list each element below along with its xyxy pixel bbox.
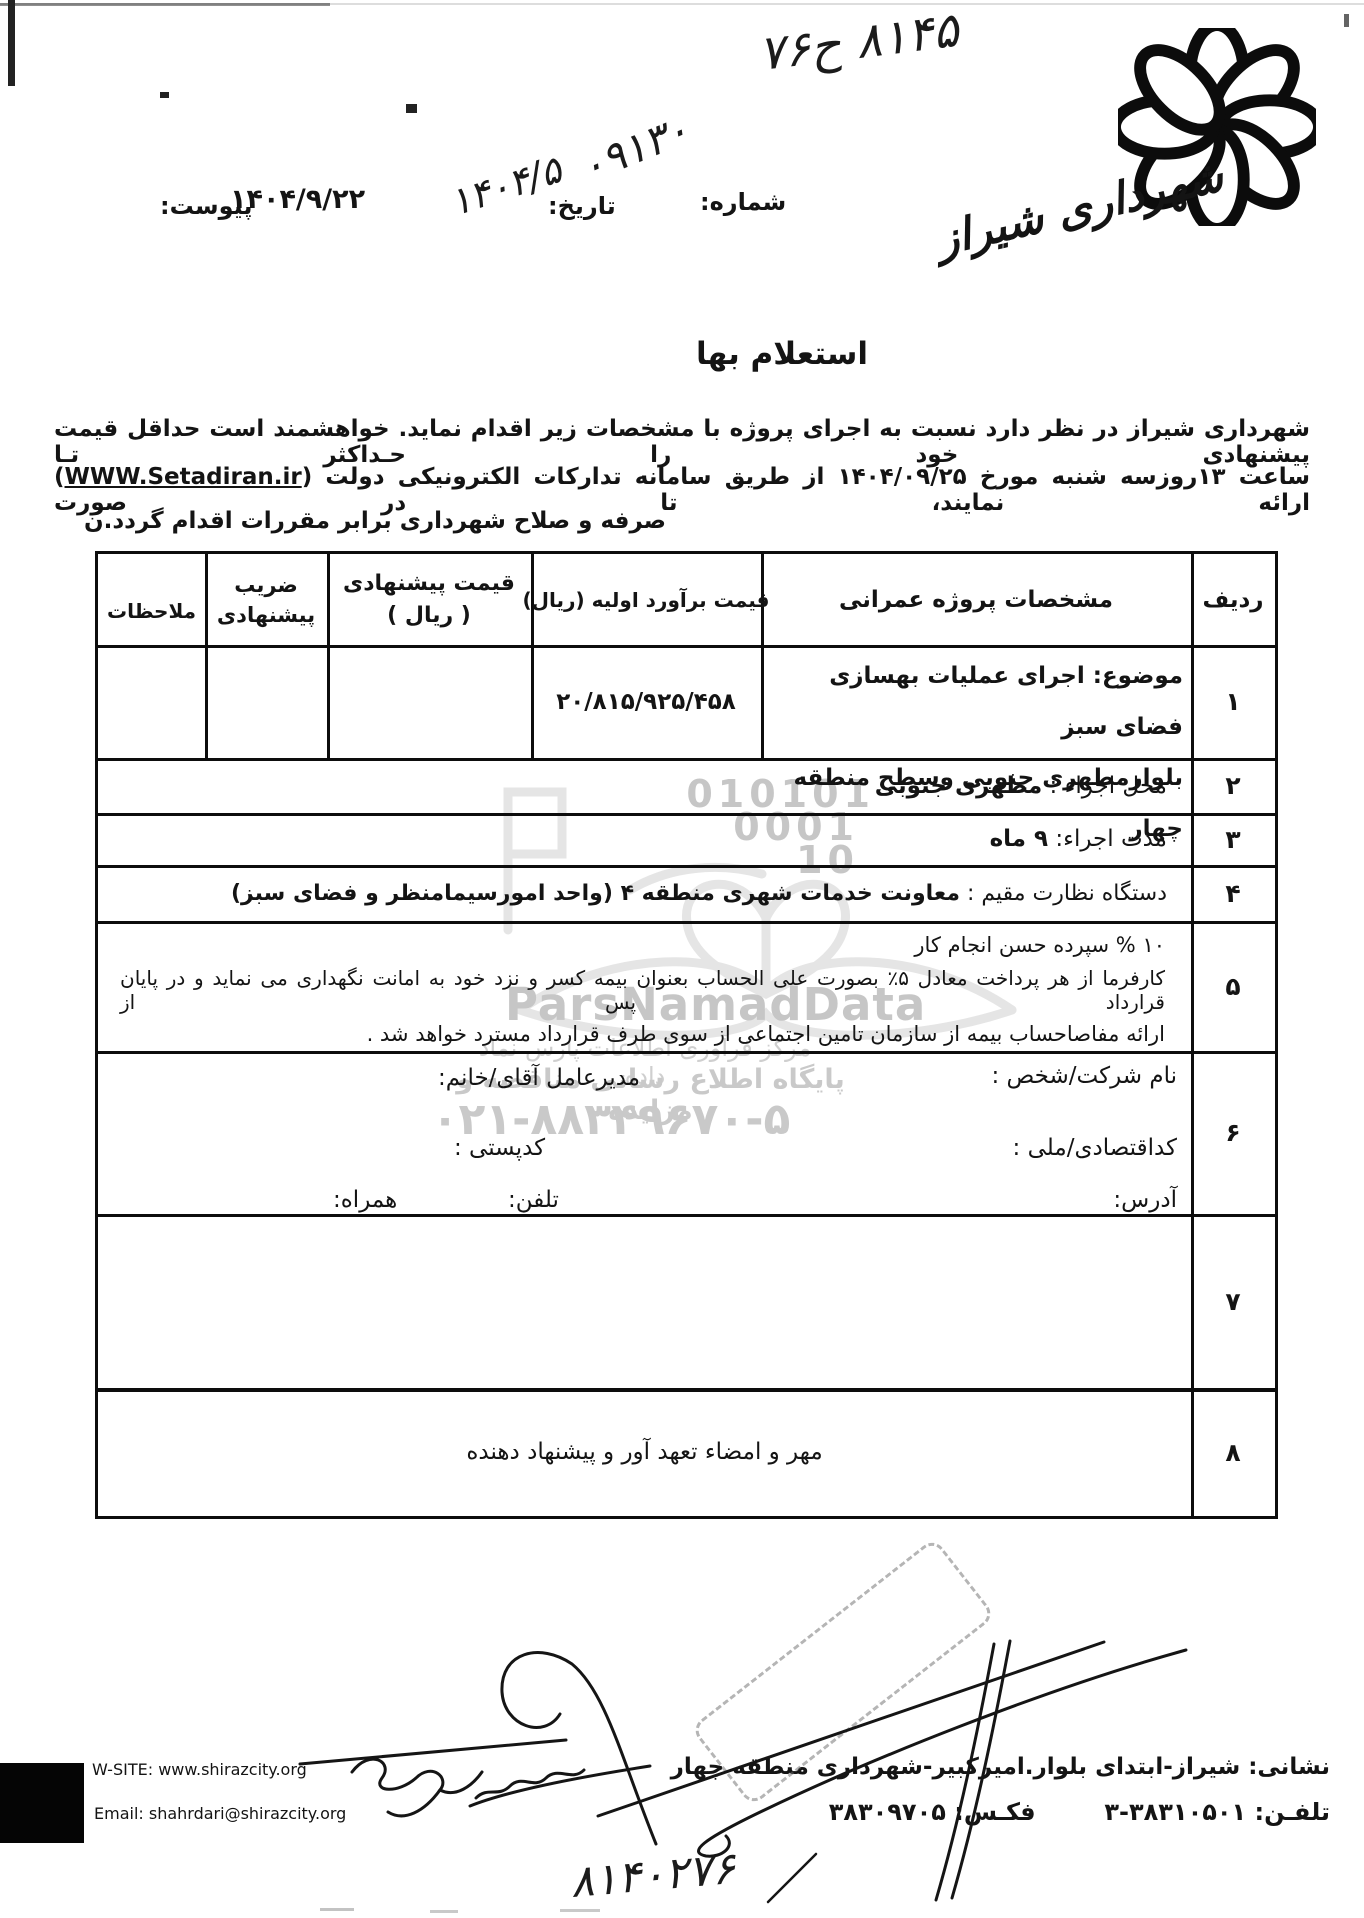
signature-email-loop <box>502 1653 656 1844</box>
row3-number-value: ۳ <box>1225 825 1240 854</box>
col-header-coefficient-line2: پیشنهادی <box>217 600 315 630</box>
row2-number-value: ۲ <box>1225 771 1240 800</box>
row5-line1: ۱۰ % سپرده حسن انجام کار <box>98 933 1165 957</box>
row3-number: ۳ <box>1191 813 1275 865</box>
row2-label: محل اجراء : <box>1050 773 1167 799</box>
table-line <box>98 1214 1275 1217</box>
row6-company-label: نام شرکت/شخص : <box>991 1063 1177 1089</box>
col-header-row-number: ردیف <box>1191 554 1275 645</box>
top-handwritten-number: ۸۱۴۵ ح۷۶ <box>755 2 961 82</box>
col-header-coefficient: ضریب پیشنهادی <box>205 554 327 645</box>
row3-value: ۹ ماه <box>990 826 1049 852</box>
scanned-document-page: 010101 0001 10 ParsNamadData مرکز فرآوری… <box>0 0 1364 1918</box>
row3-text: مدت اجراء: ۹ ماه <box>98 813 1179 865</box>
col-header-estimate-label: قیمت برآورد اولیه (ریال) <box>522 588 769 612</box>
inquiry-table: ملاحظات ضریب پیشنهادی قیمت پیشنهادی ( ری… <box>95 551 1278 1519</box>
row5-text: ۱۰ % سپرده حسن انجام کار کارفرما از هر پ… <box>98 921 1179 1051</box>
scan-artifact <box>8 0 15 86</box>
col-header-estimate: قیمت برآورد اولیه (ریال) <box>531 554 761 645</box>
row5-number: ۵ <box>1191 921 1275 1051</box>
col-header-specs-label: مشخصات پروژه عمرانی <box>839 587 1113 613</box>
signature-left-tail <box>388 1790 440 1816</box>
col-header-specs: مشخصات پروژه عمرانی <box>761 554 1191 645</box>
row6-phone-label: تلفن: <box>508 1187 559 1213</box>
row1-estimate-value: ۲۰/۸۱۵/۹۲۵/۴۵۸ <box>531 645 761 758</box>
row1-description-line1: موضوع: اجرای عملیات بهسازی فضای سبز <box>761 651 1183 753</box>
scan-artifact <box>406 104 417 113</box>
row4-text: دستگاه نظارت مقیم : معاونت خدمات شهری من… <box>98 865 1179 921</box>
row6-postal-code-label: کدپستی : <box>454 1135 545 1161</box>
row2-text: محل اجراء : مطهری جنوبی <box>98 758 1179 813</box>
row6-economic-code-label: کداقتصادی/ملی : <box>1013 1135 1177 1161</box>
setadiran-url: WWW.Setadiran.ir <box>65 464 302 490</box>
row5-line3: ارائه مفاصاحساب بیمه از سازمان تامین اجت… <box>98 1022 1165 1046</box>
row4-label: دستگاه نظارت مقیم : <box>967 881 1167 906</box>
row6-mobile-label: همراه: <box>333 1187 397 1213</box>
row1-number: ۱ <box>1191 645 1275 758</box>
signature-sweep-curve <box>698 1650 1186 1856</box>
row6-number-value: ۶ <box>1225 1118 1240 1147</box>
row7-number-value: ۷ <box>1225 1287 1240 1316</box>
col-header-proposed-line1: قیمت پیشنهادی <box>343 568 515 600</box>
number-handwritten: ۰۹۱۳۰ <box>573 105 696 193</box>
row6-number: ۶ <box>1191 1051 1275 1214</box>
row1-number-value: ۱ <box>1225 687 1240 716</box>
row4-number: ۴ <box>1191 865 1275 921</box>
col-header-coefficient-line1: ضریب <box>234 570 297 600</box>
scan-artifact <box>1344 14 1349 27</box>
intro-line3: صرفه و صلاح شهرداری برابر مقررات اقدام گ… <box>84 508 666 534</box>
row8-number: ۸ <box>1191 1388 1275 1516</box>
signature-email-squiggle <box>476 1770 584 1798</box>
col-header-notes-label: ملاحظات <box>107 599 196 623</box>
row1-estimate-number: ۲۰/۸۱۵/۹۲۵/۴۵۸ <box>556 689 736 715</box>
intro-line1: شهرداری شیراز در نظر دارد نسبت به اجرای … <box>54 416 1310 468</box>
intro-line2-pre: ساعت ۱۳روزسه شنبه مورخ ۱۴۰۴/۰۹/۲۵ از طری… <box>302 464 1310 490</box>
col-header-proposed-price: قیمت پیشنهادی ( ریال ) <box>327 554 531 645</box>
col-header-notes: ملاحظات <box>98 554 205 645</box>
row7-number: ۷ <box>1191 1214 1275 1388</box>
date-label: تاریخ: <box>548 192 616 220</box>
row3-label: مدت اجراء: <box>1055 826 1167 852</box>
col-header-proposed-line2: ( ریال ) <box>387 600 471 632</box>
row5-number-value: ۵ <box>1225 972 1240 1001</box>
signature-scribbles <box>0 1560 1364 1918</box>
document-title: استعلام بها <box>672 336 892 372</box>
col-header-row-label: ردیف <box>1202 587 1263 613</box>
signature-steep-stroke <box>952 1641 1010 1898</box>
signature-left-squiggle <box>352 1759 482 1792</box>
row4-number-value: ۴ <box>1225 879 1240 908</box>
row8-number-value: ۸ <box>1225 1438 1240 1467</box>
row2-number: ۲ <box>1191 758 1275 813</box>
number-label: شماره: <box>700 188 786 216</box>
scan-artifact <box>160 92 169 98</box>
scan-top-line-dark <box>0 3 330 6</box>
row6-fields: نام شرکت/شخص : مدیرعامل آقای/خانم: کداقت… <box>98 1051 1191 1214</box>
row5-line2: کارفرما از هر پرداخت معادل ۵٪ بصورت علی … <box>120 966 1165 1014</box>
signature-steep-stroke <box>936 1644 994 1900</box>
row4-value: معاونت خدمات شهری منطقه ۴ (واحد امورسیما… <box>231 881 960 906</box>
row6-manager-label: مدیرعامل آقای/خانم: <box>438 1065 640 1091</box>
row2-value: مطهری جنوبی <box>875 773 1043 799</box>
row8-text: مهر و امضاء تعهد آور و پیشنهاد دهنده <box>98 1388 1191 1516</box>
signature-left-strike <box>300 1740 566 1764</box>
signature-long-line <box>598 1642 1104 1816</box>
row6-address-label: آدرس: <box>1113 1187 1177 1213</box>
attachment-label: پیوست: <box>160 192 252 220</box>
handwritten-number-strike <box>768 1854 816 1902</box>
